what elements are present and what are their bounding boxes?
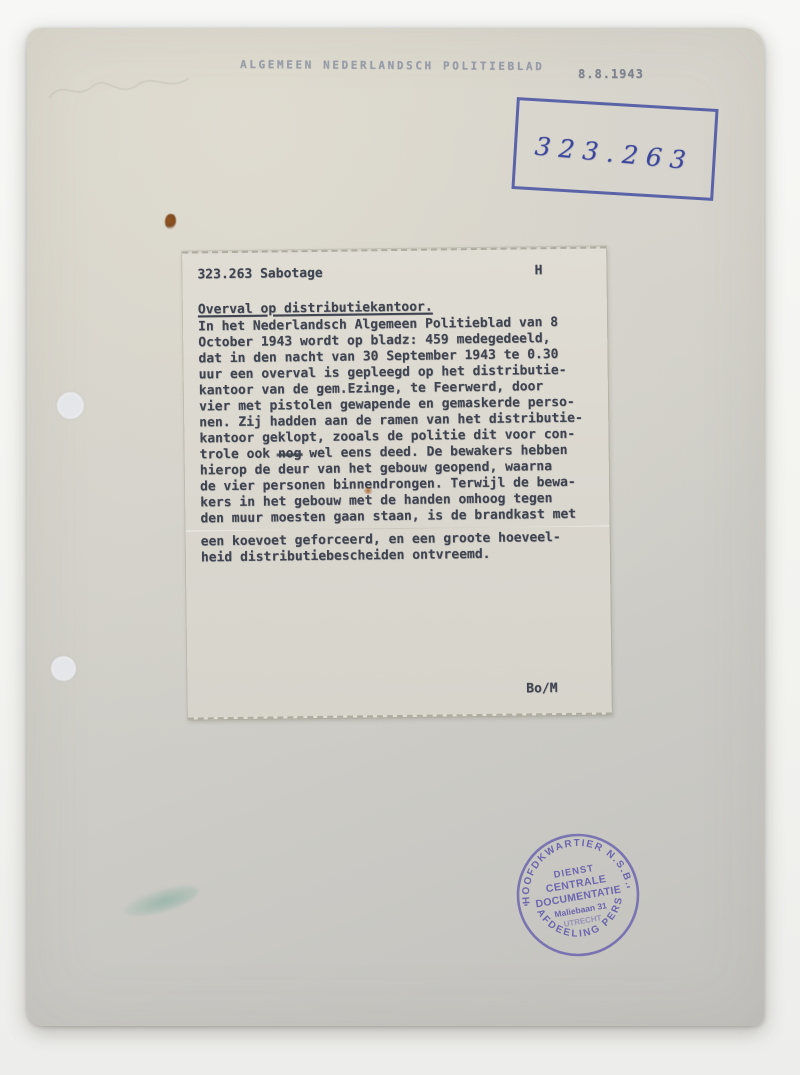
punch-hole: [57, 392, 84, 419]
card-index-number: 323.263: [197, 267, 252, 283]
article-body: In het Nederlandsch Algemeen Politieblad…: [198, 315, 596, 528]
card-header: 323.263 Sabotage H: [197, 263, 592, 284]
stamp-right-dash: -: [625, 879, 631, 893]
struck-word: nog: [278, 446, 302, 461]
typed-index-card: 323.263 Sabotage H Overval op distributi…: [182, 246, 612, 719]
registration-stamp-box: 323.263: [511, 97, 718, 201]
text-line: heid distributiebescheiden ontvreemd.: [201, 546, 596, 567]
scanned-document-page: ALGEMEEN NEDERLANDSCH POLITIEBLAD 8.8.19…: [27, 28, 764, 1026]
ink-smudge: [120, 880, 201, 923]
rust-stain: [165, 214, 176, 229]
punch-hole: [51, 656, 76, 681]
text-line: den muur moesten gaan staan, is de brand…: [200, 507, 595, 528]
publication-title: ALGEMEEN NEDERLANDSCH POLITIEBLAD: [240, 58, 544, 73]
card-index-and-category: 323.263 Sabotage: [197, 266, 322, 284]
card-corner-mark: H: [534, 263, 542, 279]
article-closing: een koevoet geforceerd, en een groote ho…: [201, 530, 596, 567]
article-title: Overval op distributiekantoor.: [198, 300, 433, 319]
publication-date: 8.8.1943: [578, 67, 644, 81]
pencil-scribble: [41, 52, 201, 122]
documentation-service-stamp: HOOFDKWARTIER N.S.B. AFDEELING PERS - - …: [508, 825, 648, 965]
registration-number-handwritten: 323.263: [534, 131, 695, 175]
clerk-initials: Bo/M: [526, 681, 558, 697]
card-category: Sabotage: [260, 266, 323, 282]
